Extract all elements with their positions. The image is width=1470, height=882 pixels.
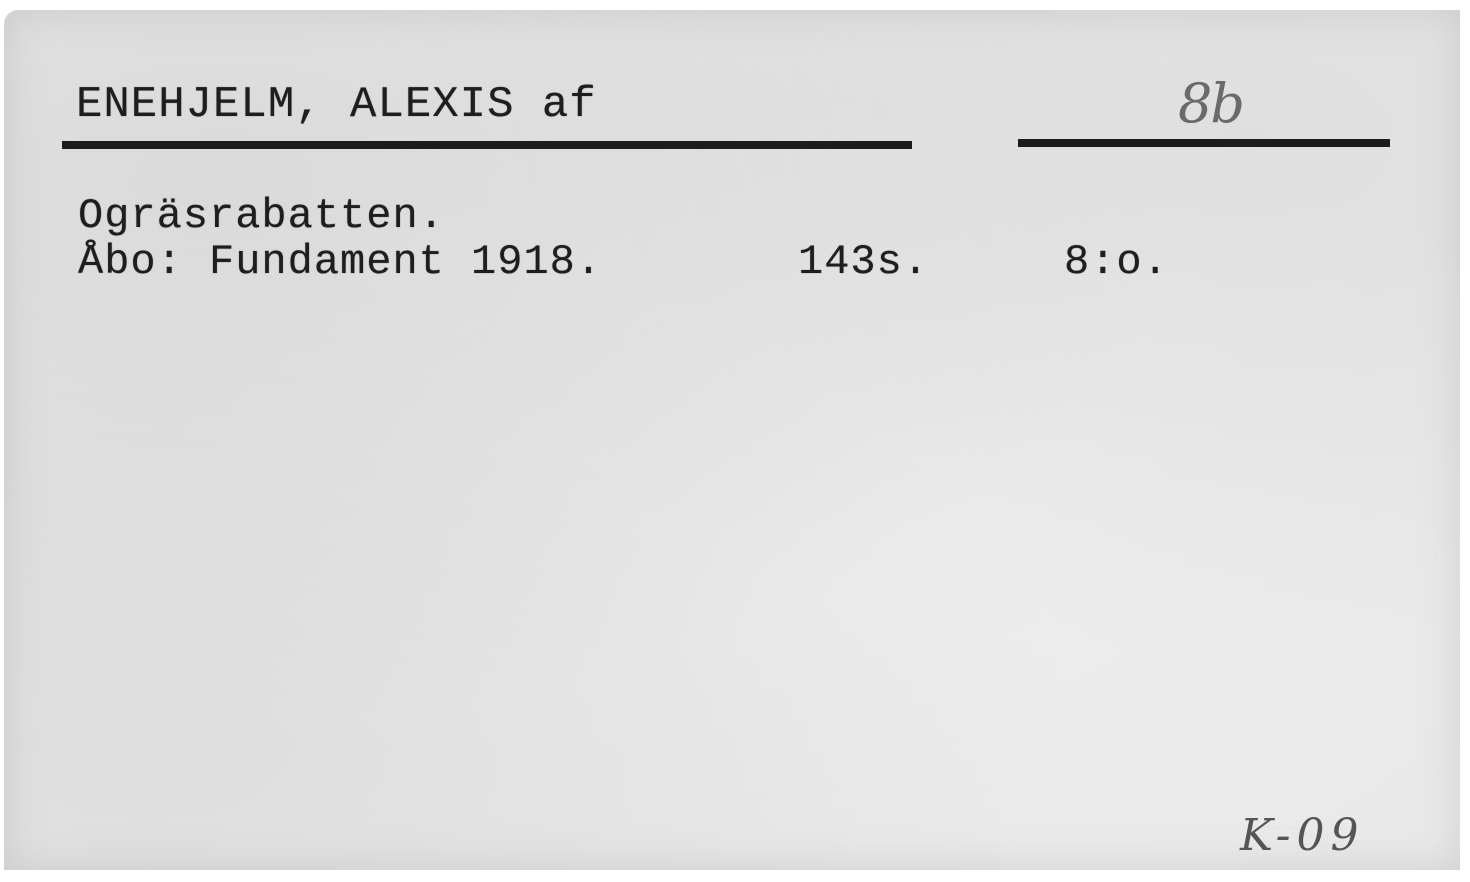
heading-underline bbox=[62, 141, 912, 149]
imprint: Åbo: Fundament 1918. bbox=[78, 238, 602, 286]
catalog-code: K-09 bbox=[1240, 810, 1365, 861]
book-title: Ogräsrabatten. bbox=[78, 192, 445, 240]
shelfmark-underline bbox=[1018, 139, 1390, 147]
author-heading: ENEHJELM, ALEXIS af bbox=[76, 80, 597, 130]
book-format: 8:o. bbox=[1064, 238, 1169, 286]
page-count: 143s. bbox=[798, 238, 929, 286]
shelfmark: 8b bbox=[1178, 72, 1243, 135]
catalog-card: ENEHJELM, ALEXIS af 8b Ogräsrabatten. Åb… bbox=[4, 10, 1460, 870]
